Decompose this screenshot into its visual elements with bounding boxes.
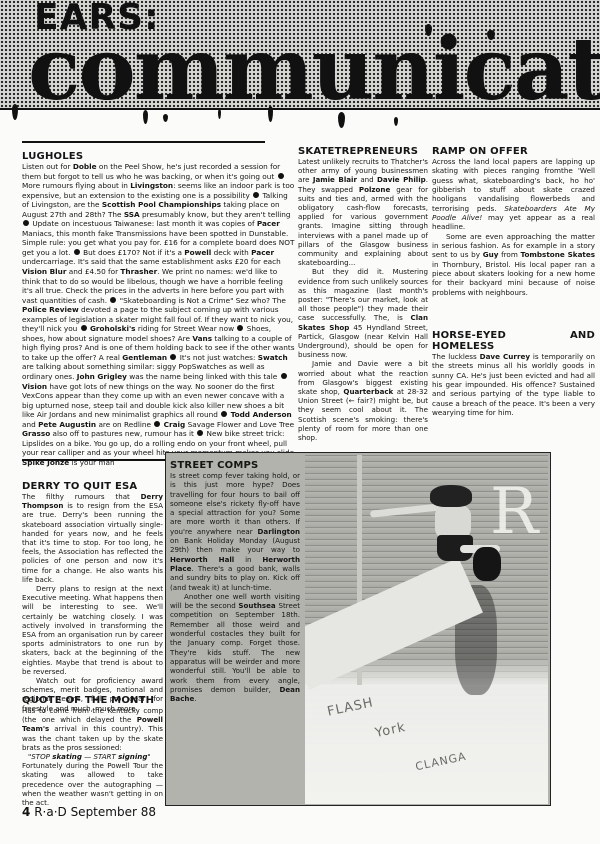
bullet-icon <box>197 430 203 436</box>
bullet-icon <box>154 421 160 427</box>
bullet-icon <box>237 325 243 331</box>
paragraph: "STOP skating — START signing" <box>22 752 163 761</box>
photo-graffiti-york: York <box>374 720 407 741</box>
bullet-icon <box>221 411 227 417</box>
paragraph: The luckless Dave Currey is temporarily … <box>432 352 595 417</box>
article-skatetrepreneurs: SKATETREPRENEURS Latest unlikely recruit… <box>298 146 428 442</box>
photo-skater-arm <box>370 503 442 517</box>
paragraph: Across the land local papers are lapping… <box>432 157 595 232</box>
ink-drip-decoration <box>12 104 18 120</box>
bullet-icon <box>81 325 87 331</box>
page-number: 4 <box>22 805 30 819</box>
ink-drip-decoration <box>143 110 148 124</box>
ink-drip-decoration <box>394 117 398 126</box>
paragraph: Derry plans to resign at the next Execut… <box>22 584 163 676</box>
section-title: communicati <box>28 30 600 110</box>
bullet-icon <box>278 173 284 179</box>
article-heading: RAMP ON OFFER <box>432 146 595 157</box>
article-derry-to-quit-esa: DERRY TO QUIT ESA The filthy rumours tha… <box>22 481 163 713</box>
article-body: The filthy rumours that Derry Thompson i… <box>22 492 163 713</box>
photo-skateboard <box>473 547 501 581</box>
article-body: Latest unlikely recruits to Thatcher's o… <box>298 157 428 442</box>
bullet-icon <box>23 220 29 226</box>
article-quote-of-the-month: QUOTE OF THE MONTH Has to come from the … <box>22 695 163 807</box>
ink-drip-decoration <box>163 114 168 122</box>
article-heading: STREET COMPS <box>170 460 300 471</box>
paragraph: Fortunately during the Powell Tour the s… <box>22 761 163 807</box>
article-heading: DERRY TO QUIT ESA <box>22 481 163 492</box>
paragraph: Jamie and Davie were a bit worried about… <box>298 359 428 442</box>
article-body: The luckless Dave Currey is temporarily … <box>432 352 595 417</box>
article-body: Across the land local papers are lapping… <box>432 157 595 297</box>
page-footer: 4 R·a·D September 88 <box>22 805 156 819</box>
paragraph: The filthy rumours that Derry Thompson i… <box>22 492 163 584</box>
bullet-icon <box>74 249 80 255</box>
paragraph: But they did it. Mustering evidence from… <box>298 267 428 359</box>
ink-drip-decoration <box>218 109 221 119</box>
article-body: Listen out for Doble on the Peel Show, h… <box>22 162 295 468</box>
article-body: Has to come from the Kentucky comp (the … <box>22 706 163 807</box>
photo-skater-head <box>430 485 472 507</box>
skater-photo: R FLASH York CLANGA PHOTO: Clanga <box>305 455 548 804</box>
article-heading: LUGHOLES <box>22 151 295 162</box>
article-body: Is street comp fever taking hold, or is … <box>170 471 300 703</box>
ink-drip-decoration <box>268 106 273 122</box>
ink-drip-decoration <box>338 112 345 128</box>
photo-graffiti-r: R <box>490 475 538 549</box>
article-horse-eyed: HORSE-EYED AND HOMELESS The luckless Dav… <box>432 330 595 417</box>
bullet-icon <box>281 373 287 379</box>
article-heading: SKATETREPRENEURS <box>298 146 428 157</box>
photo-graffiti-clanga: CLANGA <box>414 750 467 774</box>
article-heading: QUOTE OF THE MONTH <box>22 695 163 706</box>
paragraph: Some are even approaching the matter in … <box>432 232 595 297</box>
article-ramp-on-offer: RAMP ON OFFER Across the land local pape… <box>432 146 595 297</box>
article-lugholes: LUGHOLES Listen out for Doble on the Pee… <box>22 151 295 468</box>
article-heading: HORSE-EYED AND HOMELESS <box>432 330 595 352</box>
paragraph: Is street comp fever taking hold, or is … <box>170 471 300 592</box>
photo-graffiti-flash: FLASH <box>326 695 375 719</box>
divider-rule <box>22 141 265 143</box>
paragraph: Has to come from the Kentucky comp (the … <box>22 706 163 752</box>
photo-skater-body <box>435 505 471 539</box>
article-street-comps: STREET COMPS Is street comp fever taking… <box>170 460 300 703</box>
bullet-icon <box>253 192 259 198</box>
paragraph: Latest unlikely recruits to Thatcher's o… <box>298 157 428 267</box>
paragraph: Another one well worth visiting will be … <box>170 592 300 704</box>
publication-info: R·a·D September 88 <box>34 805 156 819</box>
masthead-banner: EARS: communicati <box>0 0 600 110</box>
bullet-icon <box>110 297 116 303</box>
bullet-icon <box>170 354 176 360</box>
